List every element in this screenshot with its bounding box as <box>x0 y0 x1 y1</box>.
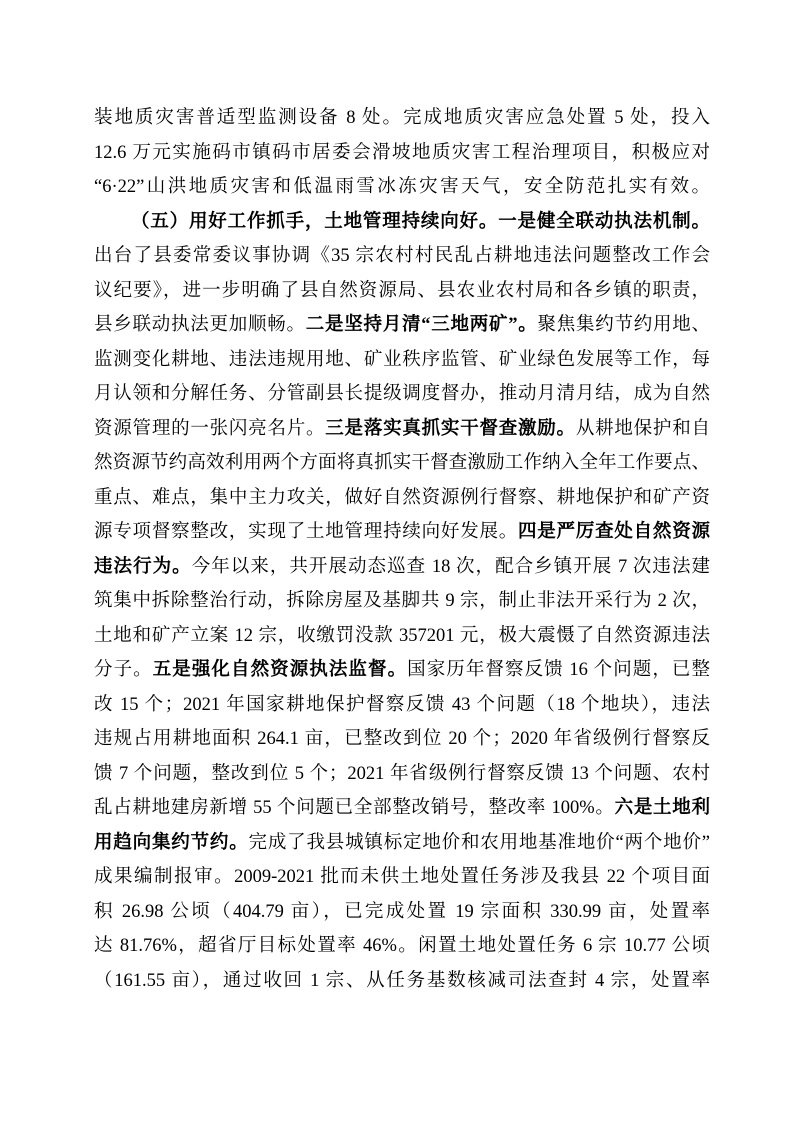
text-line-14: 违法行为。今年以来，共开展动态巡查 18 次，配合乡镇开展 7 次违法建 <box>94 550 710 585</box>
text-run: 违规占用耕地面积 264.1 亩，已整改到位 20 个；2020 年省级例行督察… <box>94 729 710 749</box>
text-run-bold: 五是强化自然资源执法监督。 <box>153 660 407 680</box>
text-run: 聚焦集约节约用地、 <box>537 315 710 335</box>
text-run: （161.55 亩），通过收回 1 宗、从任务基数核减司法查封 4 宗，处置率 <box>94 971 710 991</box>
text-run: 月认领和分解任务、分管副县长提级调度督办，推动月清月结，成为自然 <box>94 384 710 404</box>
text-run: 乱占耕地建房新增 55 个问题已全部整改销号，整改率 100%。 <box>94 798 615 818</box>
text-run: “6·22”山洪地质灾害和低温雨雪冰冻灾害天气，安全防范扎实有效。 <box>94 177 710 197</box>
text-line-21: 乱占耕地建房新增 55 个问题已全部整改销号，整改率 100%。六是土地利 <box>94 791 710 826</box>
text-line-7: 县乡联动执法更加顺畅。二是坚持月清“三地两矿”。聚焦集约节约用地、 <box>94 308 710 343</box>
text-run: 积 26.98 公顷（404.79 亩），已完成处置 19 宗面积 330.99… <box>94 902 710 922</box>
text-line-10: 资源管理的一张闪亮名片。三是落实真抓实干督查激励。从耕地保护和自 <box>94 412 710 447</box>
text-run: 重点、难点，集中主力攻关，做好自然资源例行督察、耕地保护和矿产资 <box>94 488 710 508</box>
text-line-1: 装地质灾害普适型监测设备 8 处。完成地质灾害应急处置 5 处，投入 <box>94 101 710 136</box>
text-run: 议纪要》，进一步明确了县自然资源局、县农业农村局和各乡镇的职责， <box>94 281 710 301</box>
text-run: 国家历年督察反馈 16 个问题，已整 <box>407 660 710 680</box>
text-run: 筑集中拆除整治行动，拆除房屋及基脚共 9 宗，制止非法开采行为 2 次， <box>94 591 710 611</box>
text-run: 源专项督察整改，实现了土地管理持续向好发展。 <box>94 522 518 542</box>
text-line-17: 分子。五是强化自然资源执法监督。国家历年督察反馈 16 个问题，已整 <box>94 653 710 688</box>
document-page: 装地质灾害普适型监测设备 8 处。完成地质灾害应急处置 5 处，投入12.6 万… <box>0 0 793 1122</box>
text-run: 今年以来，共开展动态巡查 18 次，配合乡镇开展 7 次违法建 <box>192 557 710 577</box>
text-line-15: 筑集中拆除整治行动，拆除房屋及基脚共 9 宗，制止非法开采行为 2 次， <box>94 584 710 619</box>
text-run: 完成了我县城镇标定地价和农用地基准地价“两个地价” <box>249 833 710 853</box>
text-line-16: 土地和矿产立案 12 宗，收缴罚没款 357201 元，极大震慑了自然资源违法 <box>94 619 710 654</box>
text-run: 分子。 <box>94 660 153 680</box>
text-run-bold: 用趋向集约节约。 <box>94 833 249 853</box>
text-line-20: 馈 7 个问题，整改到位 5 个；2021 年省级例行督察反馈 13 个问题、农… <box>94 757 710 792</box>
text-run-bold: 二是坚持月清“三地两矿”。 <box>306 315 538 335</box>
text-run: 改 15 个；2021 年国家耕地保护督察反馈 43 个问题（18 个地块），违… <box>94 695 710 715</box>
text-line-11: 然资源节约高效利用两个方面将真抓实干督查激励工作纳入全年工作要点、 <box>94 446 710 481</box>
text-line-25: 达 81.76%，超省厅目标处置率 46%。闲置土地处置任务 6 宗 10.77… <box>94 929 710 964</box>
report-text-block: 装地质灾害普适型监测设备 8 处。完成地质灾害应急处置 5 处，投入12.6 万… <box>94 101 710 998</box>
text-run: 12.6 万元实施码市镇码市居委会滑坡地质灾害工程治理项目，积极应对 <box>94 143 710 163</box>
text-line-2: 12.6 万元实施码市镇码市居委会滑坡地质灾害工程治理项目，积极应对 <box>94 136 710 171</box>
text-line-19: 违规占用耕地面积 264.1 亩，已整改到位 20 个；2020 年省级例行督察… <box>94 722 710 757</box>
text-run: 装地质灾害普适型监测设备 8 处。完成地质灾害应急处置 5 处，投入 <box>94 108 710 128</box>
text-run: 监测变化耕地、违法违规用地、矿业秩序监管、矿业绿色发展等工作，每 <box>94 350 710 370</box>
text-line-26: （161.55 亩），通过收回 1 宗、从任务基数核减司法查封 4 宗，处置率 <box>94 964 710 999</box>
text-run-bold: 违法行为。 <box>94 557 192 577</box>
text-line-5: 出台了县委常委议事协调《35 宗农村村民乱占耕地违法问题整改工作会 <box>94 239 710 274</box>
text-run: 出台了县委常委议事协调《35 宗农村村民乱占耕地违法问题整改工作会 <box>94 246 710 266</box>
text-run: 县乡联动执法更加顺畅。 <box>94 315 306 335</box>
text-run: 成果编制报审。2009-2021 批而未供土地处置任务涉及我县 22 个项目面 <box>94 867 710 887</box>
text-line-4: （五）用好工作抓手，土地管理持续向好。一是健全联动执法机制。 <box>94 205 710 240</box>
text-run-bold: 四是严厉查处自然资源 <box>518 522 710 542</box>
text-line-12: 重点、难点，集中主力攻关，做好自然资源例行督察、耕地保护和矿产资 <box>94 481 710 516</box>
text-line-22: 用趋向集约节约。完成了我县城镇标定地价和农用地基准地价“两个地价” <box>94 826 710 861</box>
text-line-18: 改 15 个；2021 年国家耕地保护督察反馈 43 个问题（18 个地块），违… <box>94 688 710 723</box>
text-run: 达 81.76%，超省厅目标处置率 46%。闲置土地处置任务 6 宗 10.77… <box>94 936 710 956</box>
text-line-6: 议纪要》，进一步明确了县自然资源局、县农业农村局和各乡镇的职责， <box>94 274 710 309</box>
text-line-8: 监测变化耕地、违法违规用地、矿业秩序监管、矿业绿色发展等工作，每 <box>94 343 710 378</box>
text-run-bold: 六是土地利 <box>615 798 710 818</box>
text-run: 土地和矿产立案 12 宗，收缴罚没款 357201 元，极大震慑了自然资源违法 <box>94 626 710 646</box>
text-line-24: 积 26.98 公顷（404.79 亩），已完成处置 19 宗面积 330.99… <box>94 895 710 930</box>
text-run: 资源管理的一张闪亮名片。 <box>94 419 325 439</box>
text-run: 从耕地保护和自 <box>576 419 710 439</box>
text-line-9: 月认领和分解任务、分管副县长提级调度督办，推动月清月结，成为自然 <box>94 377 710 412</box>
text-run-bold: （五）用好工作抓手，土地管理持续向好。一是健全联动执法机制。 <box>131 212 710 232</box>
text-run: 馈 7 个问题，整改到位 5 个；2021 年省级例行督察反馈 13 个问题、农… <box>94 764 710 784</box>
text-run: 然资源节约高效利用两个方面将真抓实干督查激励工作纳入全年工作要点、 <box>94 453 710 473</box>
text-run-bold: 三是落实真抓实干督查激励。 <box>325 419 576 439</box>
text-line-23: 成果编制报审。2009-2021 批而未供土地处置任务涉及我县 22 个项目面 <box>94 860 710 895</box>
text-line-3: “6·22”山洪地质灾害和低温雨雪冰冻灾害天气，安全防范扎实有效。 <box>94 170 710 205</box>
text-line-13: 源专项督察整改，实现了土地管理持续向好发展。四是严厉查处自然资源 <box>94 515 710 550</box>
